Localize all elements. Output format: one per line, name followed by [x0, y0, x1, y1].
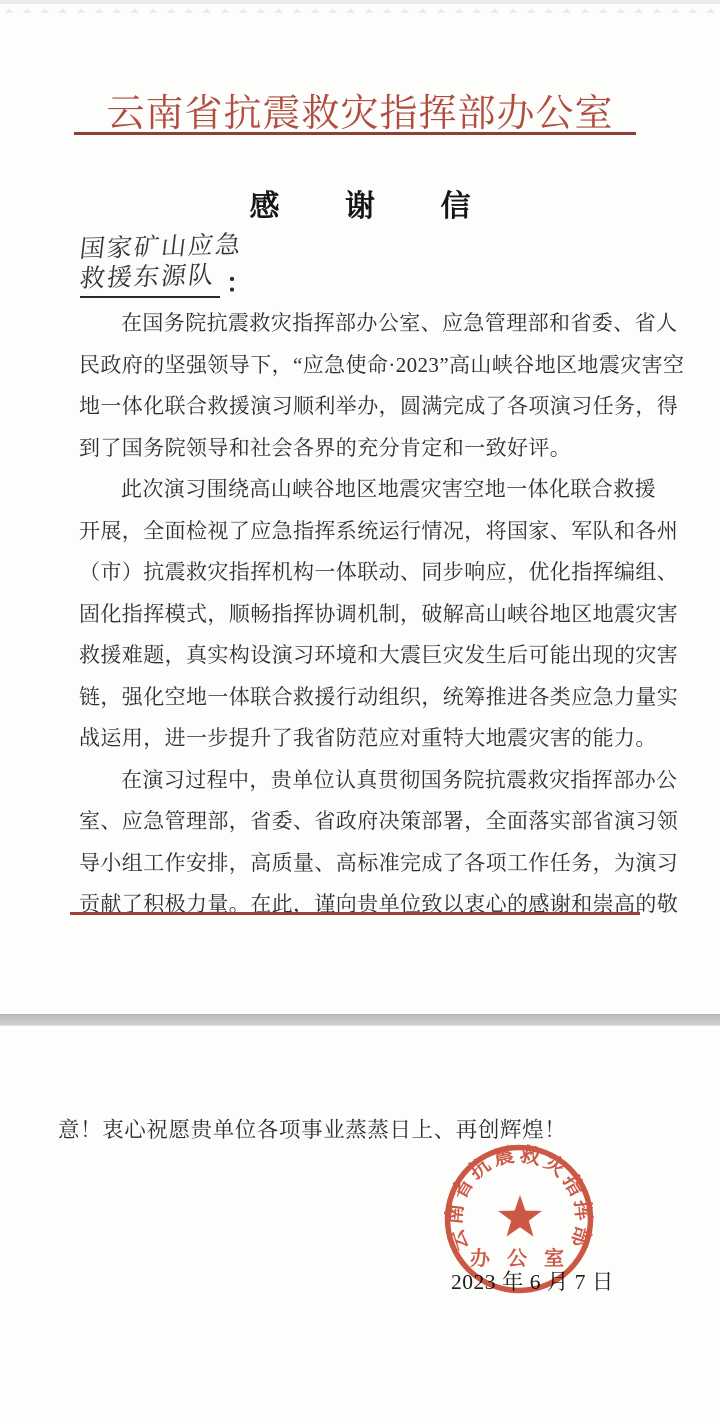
seal-star-icon — [498, 1195, 542, 1237]
body-line: 在国务院抗震救灾指挥部办公室、应急管理部和省委、省人 — [79, 303, 645, 345]
page-title: 感 谢 信 — [0, 181, 720, 225]
body-line: 此次演习围绕高山峡谷地区地震灾害空地一体化联合救援 — [79, 469, 645, 511]
body-line: 室、应急管理部，省委、省政府决策部署，全面落实部省演习领 — [79, 801, 645, 843]
body-line: 民政府的坚强领导下，“应急使命·2023”高山峡谷地区地震灾害空 — [79, 345, 645, 387]
torn-paper-edge — [0, 0, 720, 13]
page-separator — [0, 1014, 720, 1026]
page1-bottom-red-line — [70, 912, 640, 915]
body-line: 战运用，进一步提升了我省防范应对重特大地震灾害的能力。 — [79, 718, 645, 760]
recipient-underline: 救援东源队 — [80, 264, 220, 298]
body-line: 固化指挥模式，顺畅指挥协调机制，破解高山峡谷地区地震灾害 — [79, 594, 645, 636]
body-line: 在演习过程中，贵单位认真贯彻国务院抗震救灾指挥部办公 — [79, 760, 645, 802]
body-line: 救援难题，真实构设演习环境和大震巨灾发生后可能出现的灾害 — [79, 635, 645, 677]
letter-body: 在国务院抗震救灾指挥部办公室、应急管理部和省委、省人 民政府的坚强领导下，“应急… — [79, 303, 645, 926]
recipient-handwriting-2: 救援东源队 — [78, 262, 217, 294]
recipient-block: 国家矿山应急 救援东源队 ： — [80, 234, 252, 298]
recipient-line-1: 国家矿山应急 — [80, 234, 252, 262]
body-line: 地一体化联合救援演习顺利举办，圆满完成了各项演习任务，得 — [79, 386, 645, 428]
scanned-letter: 云南省抗震救灾指挥部办公室 感 谢 信 国家矿山应急 救援东源队 ： 在国务院抗… — [0, 0, 720, 1417]
body-line: 贡献了积极力量。在此，谨向贵单位致以衷心的感谢和崇高的敬 — [79, 884, 645, 926]
letterhead-rule — [74, 132, 636, 135]
body-line: 到了国务院领导和社会各界的充分肯定和一致好评。 — [79, 428, 645, 470]
recipient-line-2: 救援东源队 ： — [80, 264, 252, 298]
body-line: 链，强化空地一体联合救援行动组织，统筹推进各类应急力量实 — [79, 677, 645, 719]
body-line: （市）抗震救灾指挥机构一体联动、同步响应，优化指挥编组、 — [79, 552, 645, 594]
recipient-handwriting-1: 国家矿山应急 — [78, 232, 244, 265]
recipient-colon: ： — [226, 270, 252, 298]
body-line: 导小组工作安排，高质量、高标准完成了各项工作任务，为演习 — [79, 843, 645, 885]
body-line: 开展，全面检视了应急指挥系统运行情况，将国家、军队和各州 — [79, 511, 645, 553]
seal-bottom-text: 办 公 室 — [470, 1246, 570, 1270]
official-seal: 云南省抗震救灾指挥部 办 公 室 — [434, 1134, 604, 1304]
letterhead-title: 云南省抗震救灾指挥部办公室 — [0, 82, 720, 137]
